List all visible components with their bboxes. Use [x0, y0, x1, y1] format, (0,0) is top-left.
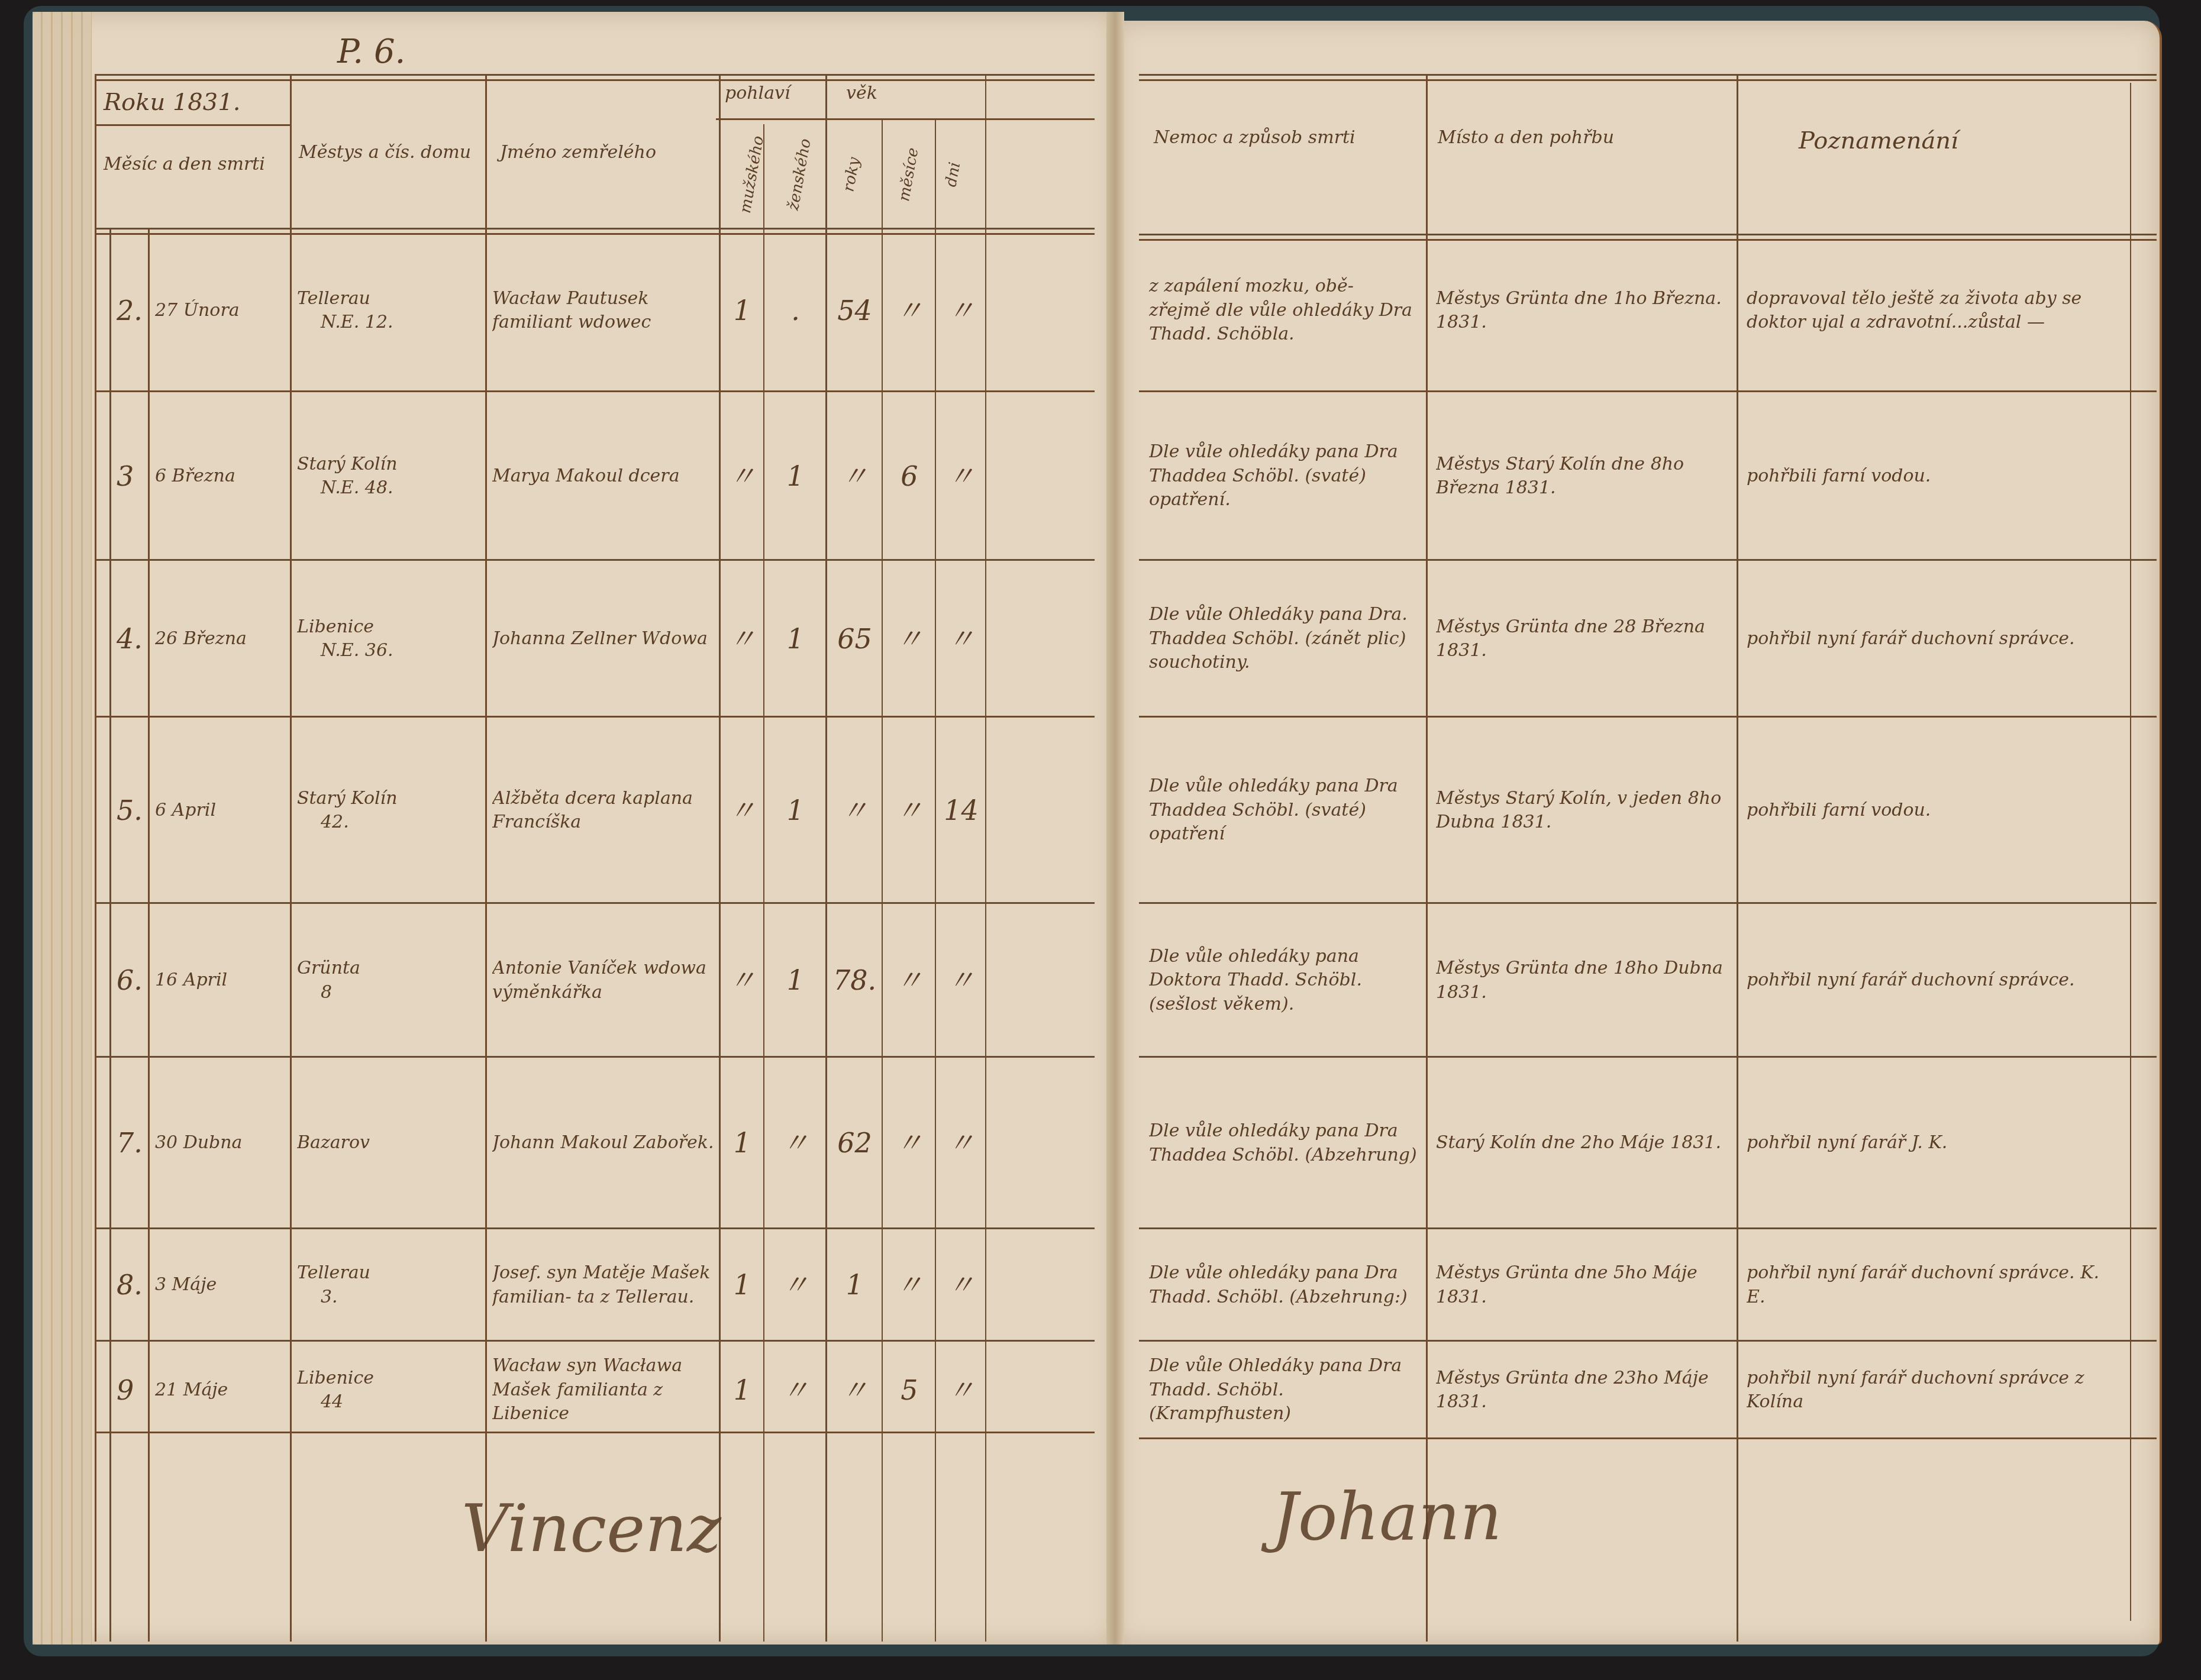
cell-place: Grünta8 [297, 905, 480, 1056]
row-rule [1139, 1437, 2157, 1439]
cell-no: 4. [117, 562, 143, 716]
cell-age-m: 6 [889, 393, 930, 559]
cell-age-y: 54 [832, 231, 877, 390]
cell-burial: Městys Grünta dne 5ho Máje 1831. [1436, 1230, 1729, 1340]
page-number: P. 6. [337, 33, 405, 71]
cell-age-y: 65 [832, 562, 877, 716]
cell-cause: Dle vůle ohledáky pana Dra Thaddea Schöb… [1149, 393, 1418, 559]
table-top-rule-right [1139, 74, 2157, 76]
table-top-rule [95, 74, 1095, 76]
cell-sex-m: 〃 [726, 393, 759, 559]
col-rule [290, 74, 292, 1642]
col-rule [95, 74, 96, 1642]
row-rule [95, 902, 1095, 904]
cell-name: Johanna Zellner Wdowa [492, 562, 714, 716]
cell-date: 6 April [155, 719, 285, 902]
cell-no: 8. [117, 1230, 143, 1340]
cell-note: pohřbil nyní farář duchovní správce. [1747, 905, 2122, 1056]
cell-sex-m: 1 [726, 1059, 759, 1227]
row-rule [1139, 559, 2157, 561]
cell-no: 9 [117, 1343, 143, 1437]
house-number: N.E. 12. [297, 311, 480, 335]
col-rule [825, 74, 827, 1642]
cell-note: pohřbil nyní farář duchovní správce z Ko… [1747, 1343, 2122, 1437]
row-rule [95, 1340, 1095, 1342]
cell-cause: Dle vůle ohledáky pana Dra Thadd. Schöbl… [1149, 1230, 1418, 1340]
book-gutter [1106, 12, 1124, 1645]
cell-age-y: 〃 [832, 1343, 877, 1437]
cell-name: Wacław Pautusek familiant wdowec [492, 231, 714, 390]
signature-right: Johann [1272, 1479, 1502, 1555]
cell-no: 7. [117, 1059, 143, 1227]
header-cause: Nemoc a způsob smrti [1154, 127, 1414, 148]
row-rule [1139, 716, 2157, 718]
cell-name: Josef. syn Matěje Mašek familian- ta z T… [492, 1230, 714, 1340]
cell-age-m: 〃 [889, 562, 930, 716]
row-rule [1139, 1340, 2157, 1342]
house-number: 8 [297, 981, 480, 1005]
cell-note: pohřbil nyní farář duchovní správce. K. … [1747, 1230, 2122, 1340]
col-rule [109, 228, 111, 1642]
cell-age-y: 78. [832, 905, 877, 1056]
cell-age-d: 〃 [942, 231, 980, 390]
row-rule [1139, 902, 2157, 904]
header-note: Poznamenání [1799, 127, 1958, 154]
cell-burial: Městys Grünta dne 18ho Dubna 1831. [1436, 905, 1729, 1056]
row-rule [1139, 1056, 2157, 1058]
house-number: 44 [297, 1390, 480, 1414]
cell-date: 6 Března [155, 393, 285, 559]
cell-cause: z zapálení mozku, obě- zřejmě dle vůle o… [1149, 231, 1418, 390]
cell-age-m: 〃 [889, 719, 930, 902]
cell-burial: Městys Starý Kolín dne 8ho Března 1831. [1436, 393, 1729, 559]
row-rule [1139, 1227, 2157, 1229]
cell-place: Tellerau3. [297, 1230, 480, 1340]
col-rule [148, 228, 150, 1642]
cell-age-m: 〃 [889, 231, 930, 390]
group-rule [716, 118, 1095, 120]
cell-cause: Dle vůle ohledáky pana Dra Thaddea Schöb… [1149, 719, 1418, 902]
row-rule [1139, 390, 2157, 392]
cell-cause: Dle vůle ohledáky pana Dra Thaddea Schöb… [1149, 1059, 1418, 1227]
cell-note: pohřbili farní vodou. [1747, 719, 2122, 902]
cell-note: dopravoval tělo ještě za života aby se d… [1747, 231, 2122, 390]
row-rule [95, 1227, 1095, 1229]
cell-no: 5. [117, 719, 143, 902]
cell-place: Libenice44 [297, 1343, 480, 1437]
cell-sex-m: 〃 [726, 905, 759, 1056]
cell-note: pohřbili farní vodou. [1747, 393, 2122, 559]
cell-sex-f: 1 [770, 905, 821, 1056]
cell-no: 2. [117, 231, 143, 390]
house-number: N.E. 48. [297, 476, 480, 500]
cell-sex-m: 1 [726, 1230, 759, 1340]
header-sex-group: pohlaví [725, 83, 790, 104]
col-rule [485, 74, 487, 1642]
cell-date: 27 Února [155, 231, 285, 390]
cell-sex-m: 1 [726, 1343, 759, 1437]
cell-burial: Městys Grünta dne 23ho Máje 1831. [1436, 1343, 1729, 1437]
col-rule [1426, 74, 1428, 1642]
cell-note: pohřbil nyní farář J. K. [1747, 1059, 2122, 1227]
cell-name: Marya Makoul dcera [492, 393, 714, 559]
cell-date: 30 Dubna [155, 1059, 285, 1227]
cell-place: Bazarov [297, 1059, 480, 1227]
cell-age-d: 〃 [942, 1059, 980, 1227]
cell-no: 3 [117, 393, 143, 559]
cell-burial: Městys Starý Kolín, v jeden 8ho Dubna 18… [1436, 719, 1729, 902]
header-date: Měsíc a den smrti [104, 154, 281, 175]
cell-date: 21 Máje [155, 1343, 285, 1437]
cell-date: 16 April [155, 905, 285, 1056]
cell-burial: Starý Kolín dne 2ho Máje 1831. [1436, 1059, 1729, 1227]
house-number: 42. [297, 810, 480, 835]
cell-sex-m: 1 [726, 231, 759, 390]
cell-age-m: 〃 [889, 905, 930, 1056]
cell-sex-f: 〃 [770, 1059, 821, 1227]
cell-cause: Dle vůle ohledáky pana Doktora Thadd. Sc… [1149, 905, 1418, 1056]
cell-cause: Dle vůle Ohledáky pana Dra. Thaddea Schö… [1149, 562, 1418, 716]
row-rule [95, 559, 1095, 561]
col-rule [719, 74, 721, 1642]
cell-name: Alžběta dcera kaplana Francíška [492, 719, 714, 902]
cell-place: Starý KolínN.E. 48. [297, 393, 480, 559]
page-edges [33, 12, 92, 1645]
cell-age-d: 〃 [942, 905, 980, 1056]
col-rule [2130, 83, 2131, 1621]
year-header: Roku 1831. [104, 89, 240, 116]
cell-sex-f: 1 [770, 393, 821, 559]
cell-age-m: 〃 [889, 1059, 930, 1227]
cell-name: Johann Makoul Zabořek. [492, 1059, 714, 1227]
cell-sex-m: 〃 [726, 719, 759, 902]
cell-age-y: 〃 [832, 393, 877, 559]
row-rule [95, 716, 1095, 718]
year-rule [95, 124, 290, 126]
cell-name: Antonie Vaníček wdowa výměnkářka [492, 905, 714, 1056]
cell-sex-f: 1 [770, 719, 821, 902]
cell-age-y: 62 [832, 1059, 877, 1227]
cell-age-m: 5 [889, 1343, 930, 1437]
house-number: 3. [297, 1285, 480, 1310]
cell-sex-f: 〃 [770, 1343, 821, 1437]
cell-place: Starý Kolín42. [297, 719, 480, 902]
col-rule [985, 74, 986, 1642]
cell-date: 3 Máje [155, 1230, 285, 1340]
row-rule [95, 390, 1095, 392]
cell-place: LibeniceN.E. 36. [297, 562, 480, 716]
cell-sex-m: 〃 [726, 562, 759, 716]
cell-sex-f: . [770, 231, 821, 390]
cell-no: 6. [117, 905, 143, 1056]
cell-cause: Dle vůle Ohledáky pana Dra Thadd. Schöbl… [1149, 1343, 1418, 1437]
header-name: Jméno zemřelého [500, 142, 707, 163]
cell-age-d: 〃 [942, 1343, 980, 1437]
cell-date: 26 Března [155, 562, 285, 716]
cell-age-m: 〃 [889, 1230, 930, 1340]
cell-sex-f: 1 [770, 562, 821, 716]
cell-burial: Městys Grünta dne 1ho Března. 1831. [1436, 231, 1729, 390]
col-rule [935, 118, 936, 1642]
cell-name: Wacław syn Wacława Mašek familianta z Li… [492, 1343, 714, 1437]
cell-age-d: 〃 [942, 393, 980, 559]
header-burial: Místo a den pohřbu [1438, 127, 1722, 148]
header-place: Městys a čís. domu [299, 142, 476, 163]
cell-age-y: 1 [832, 1230, 877, 1340]
row-rule [95, 1056, 1095, 1058]
cell-place: TellerauN.E. 12. [297, 231, 480, 390]
col-rule [763, 124, 764, 1642]
cell-sex-f: 〃 [770, 1230, 821, 1340]
header-age-group: věk [846, 83, 877, 104]
cell-note: pohřbil nyní farář duchovní správce. [1747, 562, 2122, 716]
cell-age-d: 14 [942, 719, 980, 902]
house-number: N.E. 36. [297, 639, 480, 663]
col-rule [882, 118, 883, 1642]
cell-burial: Městys Grünta dne 28 Března 1831. [1436, 562, 1729, 716]
cell-age-d: 〃 [942, 1230, 980, 1340]
cell-age-d: 〃 [942, 562, 980, 716]
col-rule [1737, 74, 1738, 1642]
header-bottom-rule [95, 228, 1095, 230]
signature-left: Vincenz [461, 1491, 721, 1566]
cell-age-y: 〃 [832, 719, 877, 902]
